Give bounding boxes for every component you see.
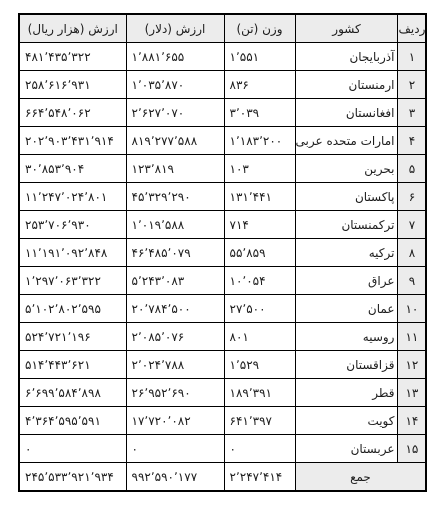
table-body: ۱آذربايجان۱٬۵۵۱۱٬۸۸۱٬۶۵۵۴۸۱٬۴۳۵٬۳۲۲۲ارمن…	[19, 43, 426, 463]
country-cell: قزاقستان	[295, 351, 398, 379]
country-cell: قطر	[295, 379, 398, 407]
usd-value-cell: ۲۰٬۷۸۴٬۵۰۰	[126, 295, 224, 323]
rial-value-cell: ۵۱۴٬۴۴۳٬۶۲۱	[19, 351, 126, 379]
rial-value-cell: ۴۸۱٬۴۳۵٬۳۲۲	[19, 43, 126, 71]
country-cell: ارمنستان	[295, 71, 398, 99]
usd-value-cell: ۱۷٬۷۲۰٬۰۸۲	[126, 407, 224, 435]
country-cell: ترکيه	[295, 239, 398, 267]
weight-cell: ۱۰۳	[224, 155, 295, 183]
rial-value-cell: ۱۱٬۲۴۷٬۰۲۴٬۸۰۱	[19, 183, 126, 211]
weight-cell: ۷۱۴	[224, 211, 295, 239]
row-number-cell: ۱۵	[398, 435, 426, 463]
rial-value-cell: ۰	[19, 435, 126, 463]
weight-cell: ۱٬۵۵۱	[224, 43, 295, 71]
weight-cell: ۸۰۱	[224, 323, 295, 351]
row-number-cell: ۳	[398, 99, 426, 127]
page: { "table": { "headers": ["رديف", "کشور",…	[0, 0, 436, 527]
table-row: ۱۲قزاقستان۱٬۵۲۹۲٬۰۲۴٬۷۸۸۵۱۴٬۴۴۳٬۶۲۱	[19, 351, 426, 379]
rial-value-cell: ۲۵۳٬۷۰۶٬۹۳۰	[19, 211, 126, 239]
usd-value-cell: ۵٬۲۴۳٬۰۸۳	[126, 267, 224, 295]
trade-table: رديف کشور وزن (تن) ارزش (دلار) ارزش (هزا…	[18, 13, 427, 492]
total-label-cell: جمع	[295, 463, 426, 492]
table-row: ۳افغانستان۳٬۰۳۹۲٬۶۲۷٬۰۷۰۶۶۴٬۵۴۸٬۰۶۲	[19, 99, 426, 127]
rial-value-cell: ۵۲۴٬۷۲۱٬۱۹۶	[19, 323, 126, 351]
country-cell: کويت	[295, 407, 398, 435]
weight-cell: ۱۳۱٬۴۴۱	[224, 183, 295, 211]
country-cell: عمان	[295, 295, 398, 323]
row-number-cell: ۱۱	[398, 323, 426, 351]
table-row: ۱۴کويت۶۴۱٬۳۹۷۱۷٬۷۲۰٬۰۸۲۴٬۳۶۴٬۵۹۵٬۵۹۱	[19, 407, 426, 435]
country-cell: عربستان	[295, 435, 398, 463]
weight-cell: ۱۰٬۰۵۴	[224, 267, 295, 295]
usd-value-cell: ۲۶٬۹۵۲٬۶۹۰	[126, 379, 224, 407]
table-row: ۱۵عربستان۰۰۰	[19, 435, 426, 463]
weight-cell: ۰	[224, 435, 295, 463]
table-header: رديف کشور وزن (تن) ارزش (دلار) ارزش (هزا…	[19, 14, 426, 43]
usd-value-cell: ۱۲۳٬۸۱۹	[126, 155, 224, 183]
header-row-number: رديف	[398, 14, 426, 43]
row-number-cell: ۶	[398, 183, 426, 211]
rial-value-cell: ۱۱٬۱۹۱٬۰۹۲٬۸۴۸	[19, 239, 126, 267]
usd-value-cell: ۱٬۰۳۵٬۸۷۰	[126, 71, 224, 99]
table-row: ۱۰عمان۲۷٬۵۰۰۲۰٬۷۸۴٬۵۰۰۵٬۱۰۲٬۸۰۲٬۵۹۵	[19, 295, 426, 323]
table-row: ۱۱روسيه۸۰۱۲٬۰۸۵٬۰۷۶۵۲۴٬۷۲۱٬۱۹۶	[19, 323, 426, 351]
weight-cell: ۱٬۱۸۳٬۲۰۰	[224, 127, 295, 155]
total-weight-cell: ۲٬۲۴۷٬۴۱۴	[224, 463, 295, 492]
row-number-cell: ۴	[398, 127, 426, 155]
table-row: ۴امارات متحده عربی۱٬۱۸۳٬۲۰۰۸۱۹٬۲۷۷٬۵۸۸۲۰…	[19, 127, 426, 155]
weight-cell: ۱٬۵۲۹	[224, 351, 295, 379]
usd-value-cell: ۲٬۶۲۷٬۰۷۰	[126, 99, 224, 127]
header-row: رديف کشور وزن (تن) ارزش (دلار) ارزش (هزا…	[19, 14, 426, 43]
rial-value-cell: ۶۶۴٬۵۴۸٬۰۶۲	[19, 99, 126, 127]
header-country: کشور	[295, 14, 398, 43]
usd-value-cell: ۴۵٬۳۲۹٬۲۹۰	[126, 183, 224, 211]
country-cell: عراق	[295, 267, 398, 295]
total-usd-cell: ۹۹۲٬۵۹۰٬۱۷۷	[126, 463, 224, 492]
usd-value-cell: ۸۱۹٬۲۷۷٬۵۸۸	[126, 127, 224, 155]
row-number-cell: ۱۴	[398, 407, 426, 435]
weight-cell: ۳٬۰۳۹	[224, 99, 295, 127]
usd-value-cell: ۴۶٬۴۸۵٬۰۷۹	[126, 239, 224, 267]
row-number-cell: ۷	[398, 211, 426, 239]
country-cell: امارات متحده عربی	[295, 127, 398, 155]
rial-value-cell: ۲۰۲٬۹۰۳٬۴۳۱٬۹۱۴	[19, 127, 126, 155]
header-value-rial: ارزش (هزار ريال)	[19, 14, 126, 43]
weight-cell: ۲۷٬۵۰۰	[224, 295, 295, 323]
rial-value-cell: ۲۵۸٬۶۱۶٬۹۳۱	[19, 71, 126, 99]
header-value-usd: ارزش (دلار)	[126, 14, 224, 43]
rial-value-cell: ۴٬۳۶۴٬۵۹۵٬۵۹۱	[19, 407, 126, 435]
rial-value-cell: ۶٬۶۹۹٬۵۸۴٬۸۹۸	[19, 379, 126, 407]
country-cell: پاکستان	[295, 183, 398, 211]
country-cell: ترکمنستان	[295, 211, 398, 239]
usd-value-cell: ۱٬۰۱۹٬۵۸۸	[126, 211, 224, 239]
row-number-cell: ۹	[398, 267, 426, 295]
weight-cell: ۸۳۶	[224, 71, 295, 99]
rial-value-cell: ۵٬۱۰۲٬۸۰۲٬۵۹۵	[19, 295, 126, 323]
row-number-cell: ۱۰	[398, 295, 426, 323]
table-row: ۶پاکستان۱۳۱٬۴۴۱۴۵٬۳۲۹٬۲۹۰۱۱٬۲۴۷٬۰۲۴٬۸۰۱	[19, 183, 426, 211]
weight-cell: ۵۵٬۸۵۹	[224, 239, 295, 267]
row-number-cell: ۲	[398, 71, 426, 99]
usd-value-cell: ۲٬۰۲۴٬۷۸۸	[126, 351, 224, 379]
total-row: جمع ۲٬۲۴۷٬۴۱۴ ۹۹۲٬۵۹۰٬۱۷۷ ۲۴۵٬۵۳۳٬۹۲۱٬۹۳…	[19, 463, 426, 492]
table-row: ۲ارمنستان۸۳۶۱٬۰۳۵٬۸۷۰۲۵۸٬۶۱۶٬۹۳۱	[19, 71, 426, 99]
table-footer: جمع ۲٬۲۴۷٬۴۱۴ ۹۹۲٬۵۹۰٬۱۷۷ ۲۴۵٬۵۳۳٬۹۲۱٬۹۳…	[19, 463, 426, 492]
table-row: ۵بحرين۱۰۳۱۲۳٬۸۱۹۳۰٬۸۵۳٬۹۰۴	[19, 155, 426, 183]
table-row: ۱آذربايجان۱٬۵۵۱۱٬۸۸۱٬۶۵۵۴۸۱٬۴۳۵٬۳۲۲	[19, 43, 426, 71]
usd-value-cell: ۱٬۸۸۱٬۶۵۵	[126, 43, 224, 71]
weight-cell: ۱۸۹٬۳۹۱	[224, 379, 295, 407]
total-rial-cell: ۲۴۵٬۵۳۳٬۹۲۱٬۹۳۴	[19, 463, 126, 492]
row-number-cell: ۸	[398, 239, 426, 267]
weight-cell: ۶۴۱٬۳۹۷	[224, 407, 295, 435]
header-weight-tons: وزن (تن)	[224, 14, 295, 43]
usd-value-cell: ۰	[126, 435, 224, 463]
table-row: ۱۳قطر۱۸۹٬۳۹۱۲۶٬۹۵۲٬۶۹۰۶٬۶۹۹٬۵۸۴٬۸۹۸	[19, 379, 426, 407]
table-row: ۷ترکمنستان۷۱۴۱٬۰۱۹٬۵۸۸۲۵۳٬۷۰۶٬۹۳۰	[19, 211, 426, 239]
usd-value-cell: ۲٬۰۸۵٬۰۷۶	[126, 323, 224, 351]
trade-table-container: رديف کشور وزن (تن) ارزش (دلار) ارزش (هزا…	[18, 13, 427, 492]
table-row: ۸ترکيه۵۵٬۸۵۹۴۶٬۴۸۵٬۰۷۹۱۱٬۱۹۱٬۰۹۲٬۸۴۸	[19, 239, 426, 267]
row-number-cell: ۱	[398, 43, 426, 71]
country-cell: آذربايجان	[295, 43, 398, 71]
row-number-cell: ۵	[398, 155, 426, 183]
country-cell: روسيه	[295, 323, 398, 351]
table-row: ۹عراق۱۰٬۰۵۴۵٬۲۴۳٬۰۸۳۱٬۲۹۷٬۰۶۳٬۳۲۲	[19, 267, 426, 295]
row-number-cell: ۱۳	[398, 379, 426, 407]
rial-value-cell: ۱٬۲۹۷٬۰۶۳٬۳۲۲	[19, 267, 126, 295]
country-cell: بحرين	[295, 155, 398, 183]
country-cell: افغانستان	[295, 99, 398, 127]
row-number-cell: ۱۲	[398, 351, 426, 379]
rial-value-cell: ۳۰٬۸۵۳٬۹۰۴	[19, 155, 126, 183]
